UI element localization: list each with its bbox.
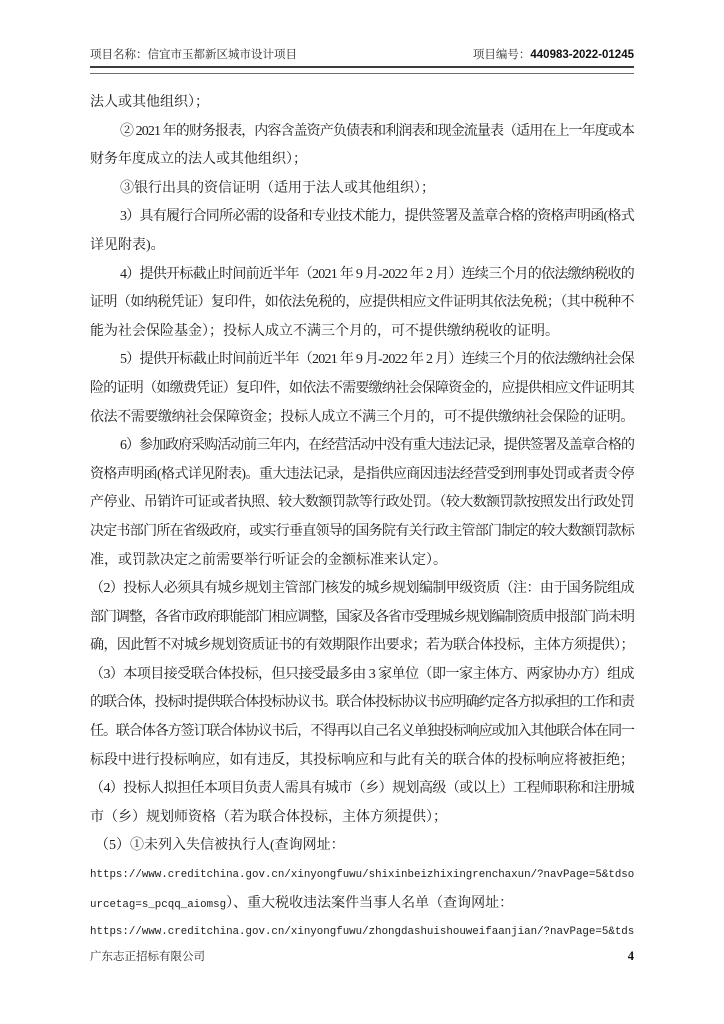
body-line: 证明（如纳税凭证）复印件，如依法免税的，应提供相应文件证明其依法免税；（其中税种…	[90, 289, 634, 318]
body-line: 5）提供开标截止时间前近半年（2021 年 9 月-2022 年 2 月）连续三…	[90, 346, 634, 375]
body-line: 的联合体，投标时提供联合体投标协议书。联合体投标协议书应明确约定各方拟承担的工作…	[90, 689, 634, 718]
header-rule-thin	[90, 73, 634, 74]
header-row: 项目名称：信宜市玉都新区城市设计项目 项目编号：440983-2022-0124…	[90, 46, 634, 68]
body-line: （4）投标人拟担任本项目负责人需具有城市（乡）规划高级（或以上）工程师职称和注册…	[90, 775, 634, 804]
body-line: 决定书部门所在省级政府，或实行垂直领导的国务院有关行政主管部门制定的较大数额罚款…	[90, 518, 634, 547]
body-line: 资格声明函(格式详见附表)。重大违法记录，是指供应商因违法经营受到刑事处罚或者责…	[90, 461, 634, 490]
body-line: 产停业、吊销许可证或者执照、较大数额罚款等行政处罚。（较大数额罚款按照发出行政处…	[90, 489, 634, 518]
body-line: https://www.creditchina.gov.cn/xinyongfu…	[90, 918, 634, 947]
body-line-url-segment: urcetag=s_pcqq_aiomsg	[90, 899, 226, 911]
body-line: 确，因此暂不对城乡规划资质证书的有效期限作出要求；若为联合体投标，主体方须提供）…	[90, 632, 634, 661]
project-number-value: 440983-2022-01245	[530, 49, 634, 61]
project-name-value: 信宜市玉都新区城市设计项目	[148, 49, 298, 61]
footer-page-number: 4	[628, 949, 634, 964]
footer-company: 广东志正招标有限公司	[90, 948, 205, 964]
body-line: 法人或其他组织）；	[90, 89, 634, 118]
project-name-label: 项目名称：	[90, 49, 148, 61]
body-line: 市（乡）规划师资格（若为联合体投标，主体方须提供）；	[90, 804, 634, 833]
body-line: 部门调整，各省市政府职能部门相应调整，国家及各省市受理城乡规划编制资质申报部门尚…	[90, 604, 634, 633]
body-line: 任。联合体各方签订联合体协议书后，不得再以自己名义单独投标响应或加入其他联合体在…	[90, 718, 634, 747]
body-line: 能为社会保险基金）；投标人成立不满三个月的，可不提供缴纳税收的证明。	[90, 318, 634, 347]
body-line: 险的证明（如缴费凭证）复印件，如依法不需要缴纳社会保障资金的，应提供相应文件证明…	[90, 375, 634, 404]
body-line: 6）参加政府采购活动前三年内，在经营活动中没有重大违法记录，提供签署及盖章合格的	[90, 432, 634, 461]
body-line: 准，或罚款决定之前需要举行听证会的金额标准来认定）。	[90, 547, 634, 576]
project-number-label: 项目编号：	[473, 49, 531, 61]
header-project-name: 项目名称：信宜市玉都新区城市设计项目	[90, 46, 297, 62]
body-text: 法人或其他组织）；② 2021 年的财务报表，内容含盖资产负债表和利润表和现金流…	[90, 89, 634, 947]
body-line: 标段中进行投标响应，如有违反，其投标响应和与此有关的联合体的投标响应将被拒绝；	[90, 747, 634, 776]
body-line: （5）①未列入失信被执行人(查询网址：	[90, 832, 634, 861]
body-line: ③银行出具的资信证明（适用于法人或其他组织）；	[90, 175, 634, 204]
body-line: 详见附表)。	[90, 232, 634, 261]
body-line: urcetag=s_pcqq_aiomsg）、重大税收违法案件当事人名单（查询网…	[90, 890, 634, 919]
body-line: 依法不需要缴纳社会保障资金；投标人成立不满三个月的，可不提供缴纳社会保险的证明。	[90, 404, 634, 433]
body-line: 4）提供开标截止时间前近半年（2021 年 9 月-2022 年 2 月）连续三…	[90, 261, 634, 290]
page-header: 项目名称：信宜市玉都新区城市设计项目 项目编号：440983-2022-0124…	[90, 46, 634, 74]
body-line: ② 2021 年的财务报表，内容含盖资产负债表和利润表和现金流量表（适用在上一年…	[90, 118, 634, 147]
body-line-text-segment: ）、重大税收违法案件当事人名单（查询网址：	[226, 896, 513, 911]
body-line: https://www.creditchina.gov.cn/xinyongfu…	[90, 861, 634, 890]
body-line: （2）投标人必须具有城乡规划主管部门核发的城乡规划编制甲级资质（注：由于国务院组…	[90, 575, 634, 604]
body-line: 3）具有履行合同所必需的设备和专业技术能力，提供签署及盖章合格的资格声明函(格式	[90, 203, 634, 232]
body-line: 财务年度成立的法人或其他组织）；	[90, 146, 634, 175]
page-footer: 广东志正招标有限公司 4	[90, 948, 634, 964]
header-project-number: 项目编号：440983-2022-01245	[473, 46, 634, 62]
body-line: （3）本项目接受联合体投标，但只接受最多由 3 家单位（即一家主体方、两家协办方…	[90, 661, 634, 690]
